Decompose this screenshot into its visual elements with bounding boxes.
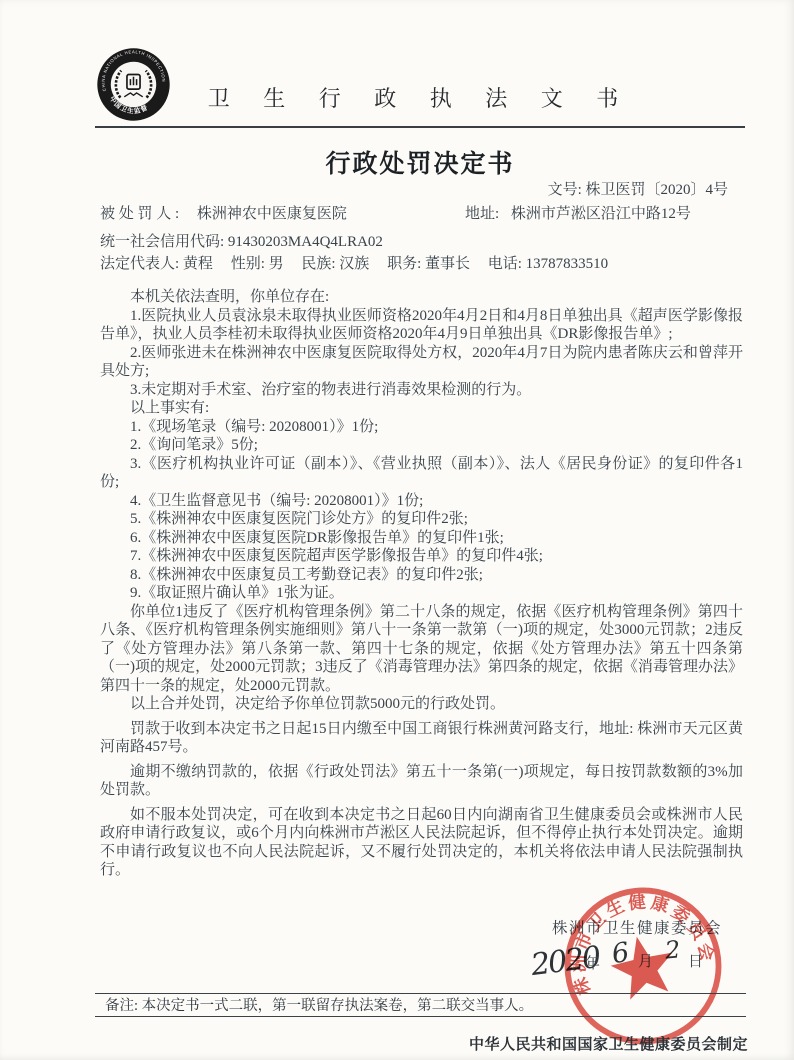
remark-text: 本决定书一式二联，第一联留存执法案卷，第二联交当事人。 — [142, 998, 534, 1014]
issuing-agency-name: 株洲市卫生健康委员会 — [552, 916, 722, 938]
header-divider — [95, 126, 745, 128]
handwritten-month: 6 — [610, 937, 632, 970]
body-paragraph: 1.《现场笔录（编号: 20208001）》1份; — [100, 418, 743, 437]
document-number-label: 文号: — [548, 182, 586, 198]
body-paragraph: 2.《询问笔录》5份; — [100, 436, 743, 455]
penalized-party-value: 株洲神农中医康复医院 — [197, 206, 347, 222]
issuing-authority-footer: 中华人民共和国国家卫生健康委员会制定 — [0, 1033, 748, 1054]
body-paragraph: 以上事实有: — [100, 399, 743, 418]
document-number: 文号: 株卫医罚〔2020〕4号 — [100, 178, 728, 199]
penalized-party-row: 被 处 罚 人 : 株洲神农中医康复医院 地址: 株洲市芦淞区沿江中路12号 — [100, 204, 743, 232]
body-paragraph: 本机关依法查明，你单位存在: — [100, 288, 743, 307]
body-paragraph: 5.《株洲神农中医康复医院门诊处方》的复印件2张; — [100, 510, 743, 529]
position-value: 董事长 — [425, 256, 470, 272]
body-paragraph: 3.未定期对手术室、治疗室的物表进行消毒效果检测的行为。 — [100, 381, 743, 400]
penalized-party-label: 被 处 罚 人 : — [100, 206, 183, 222]
ethnicity-value: 汉族 — [339, 256, 369, 272]
remark-row: 备注: 本决定书一式二联，第一联留存执法案卷，第二联交当事人。 — [95, 993, 746, 1017]
body-paragraph: 如不服本处罚决定，可在收到本决定书之日起60日内向湖南省卫生健康委员会或株洲市人… — [100, 806, 743, 880]
body-paragraph: 8.《株洲神农中医康复员工考勤登记表》的复印件2张; — [100, 566, 743, 585]
ethnicity-label: 民族: — [301, 256, 339, 272]
credit-code-row: 统一社会信用代码: 91430203MA4Q4LRA02 — [100, 232, 743, 254]
body-paragraph: 2.医师张进未在株洲神农中医康复医院取得处方权，2020年4月7日为院内患者陈庆… — [100, 344, 743, 381]
year-suffix: 年 — [585, 952, 600, 973]
credit-code-label: 统一社会信用代码: — [100, 234, 228, 250]
page-title: 行政处罚决定书 — [100, 144, 740, 180]
remark-label: 备注: — [105, 998, 142, 1014]
gender-value: 男 — [269, 256, 284, 272]
address-field: 地址: 株洲市芦淞区沿江中路12号 — [465, 204, 691, 224]
phone-value: 13787833510 — [526, 256, 609, 272]
body-paragraph: 9.《取证照片确认单》1张为证。 — [100, 584, 743, 603]
gender-label: 性别: — [231, 256, 269, 272]
body-paragraph: 7.《株洲神农中医康复医院超声医学影像报告单》的复印件4张; — [100, 547, 743, 566]
legal-rep-value: 黄程 — [183, 256, 213, 272]
document-page: CHINA NATIONAL HEALTH INSPECTION 中国卫生监督 … — [0, 0, 794, 1060]
handwritten-day: 2 — [664, 935, 682, 964]
body-paragraph: 罚款于收到本决定书之日起15日内缴至中国工商银行株洲黄河路支行，地址: 株洲市天… — [100, 720, 743, 757]
body-paragraph: 1.医院执业人员袁泳泉未取得执业医师资格2020年4月2日和4月8日单独出具《超… — [100, 307, 743, 344]
body-paragraph: 4.《卫生监督意见书（编号: 20208001）》1份; — [100, 492, 743, 511]
parties-section: 被 处 罚 人 : 株洲神农中医康复医院 地址: 株洲市芦淞区沿江中路12号 统… — [100, 204, 743, 276]
phone-label: 电话: — [488, 256, 526, 272]
decision-body: 本机关依法查明，你单位存在: 1.医院执业人员袁泳泉未取得执业医师资格2020年… — [100, 288, 743, 880]
body-paragraph: 以上合并处罚，决定给予你单位罚款5000元的行政处罚。 — [100, 695, 743, 714]
address-label: 地址: — [465, 206, 503, 222]
body-paragraph: 3.《医疗机构执业许可证（副本）》、《营业执照（副本）》、法人《居民身份证》的复… — [100, 455, 743, 492]
body-paragraph: 你单位1违反了《医疗机构管理条例》第二十八条的规定，依据《医疗机构管理条例》第四… — [100, 603, 743, 696]
month-suffix: 月 — [638, 950, 653, 971]
seal-text: 株洲市卫生健康委员会 — [554, 877, 720, 999]
legal-rep-label: 法定代表人: — [100, 256, 183, 272]
position-label: 职务: — [387, 256, 425, 272]
document-number-value: 株卫医罚〔2020〕4号 — [585, 182, 728, 198]
svg-text:株洲市卫生健康委员会: 株洲市卫生健康委员会 — [554, 877, 720, 999]
document-category-heading: 卫 生 行 政 执 法 文 书 — [100, 82, 740, 113]
credit-code-value: 91430203MA4Q4LRA02 — [228, 234, 383, 250]
body-paragraph: 逾期不缴纳罚款的，依据《行政处罚法》第五十一条第(一)项规定，每日按罚款数额的3… — [100, 763, 743, 800]
address-value: 株洲市芦淞区沿江中路12号 — [511, 206, 691, 222]
body-paragraph: 6.《株洲神农中医康复医院DR影像报告单》的复印件1张; — [100, 529, 743, 548]
day-suffix: 日 — [688, 950, 703, 971]
legal-representative-row: 法定代表人: 黄程 性别: 男 民族: 汉族 职务: 董事长 电话: 13787… — [100, 254, 743, 276]
